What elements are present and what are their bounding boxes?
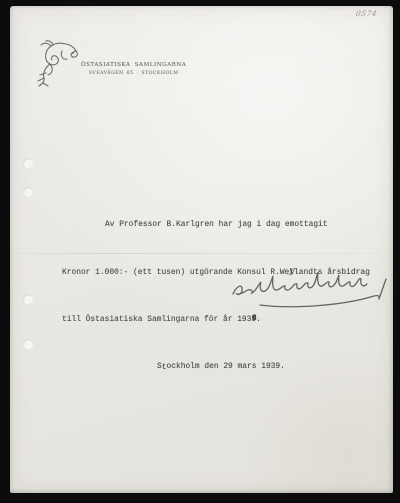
text-line-1: Av Professor B.Karlgren har jag i dag em… xyxy=(62,217,370,233)
paper-sheet: 0574 dragon-emblem-icon xyxy=(10,6,393,493)
organization-name: ÖSTASIATISKA SAMLINGARNA xyxy=(81,62,186,68)
scan-background: { "document": { "archive_number": "0574"… xyxy=(0,0,400,503)
punch-hole xyxy=(23,158,33,168)
line3-pre: till Östasiatiska Samlingarna för år 193 xyxy=(62,315,251,324)
letterhead: dragon-emblem-icon ÖSTASIATISKA SAMLINGA xyxy=(34,38,186,90)
dateline-lowered-char: t xyxy=(162,360,167,376)
dateline-post: ockholm den 29 mars 1939. xyxy=(167,362,285,371)
punch-hole xyxy=(23,187,33,197)
text-line-dateline: Stockholm den 29 mars 1939. xyxy=(62,359,370,375)
punch-hole xyxy=(23,294,33,304)
dragon-emblem-icon: dragon-emblem-icon xyxy=(34,38,80,90)
handwritten-signature: Axel Lagrelius xyxy=(230,267,396,319)
archive-number: 0574 xyxy=(355,9,378,18)
address-line: SVEAVÄGEN 65 · STOCKHOLM xyxy=(81,71,186,76)
letterhead-text: ÖSTASIATISKA SAMLINGARNA SVEAVÄGEN 65 · … xyxy=(81,38,186,90)
paper-fold-line xyxy=(10,253,393,254)
punch-hole xyxy=(23,339,33,349)
